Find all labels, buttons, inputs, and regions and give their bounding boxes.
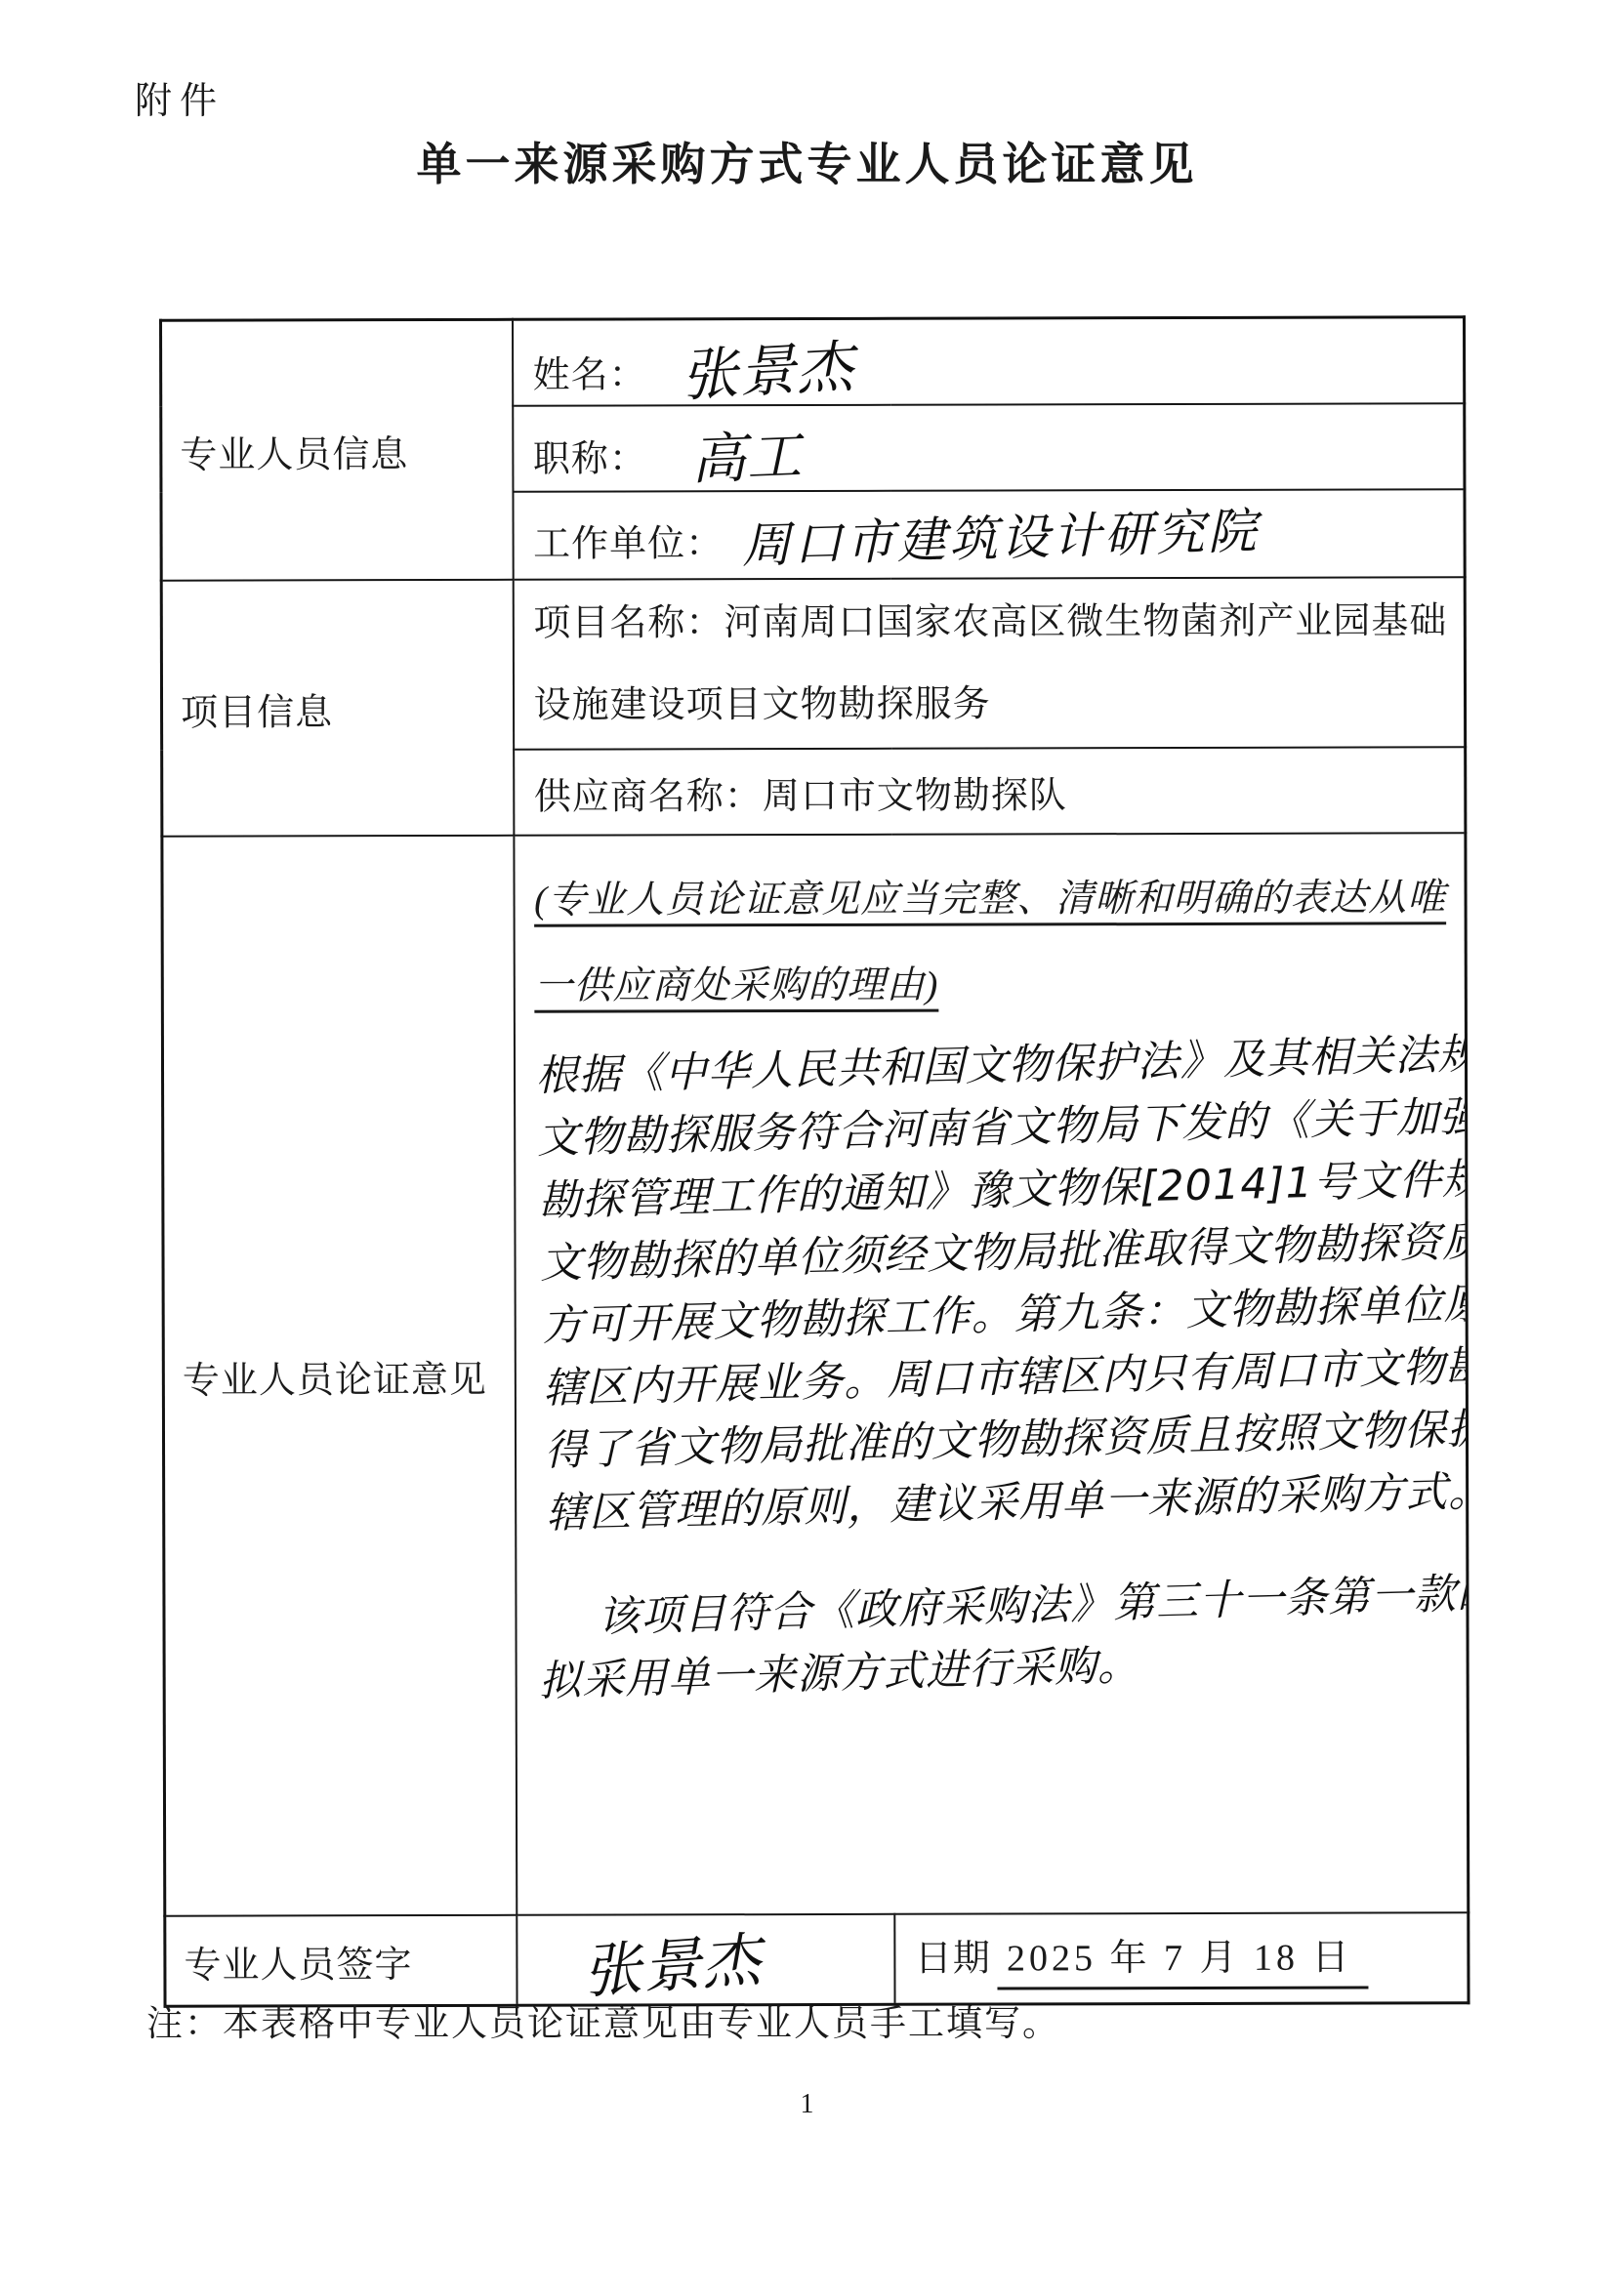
attachment-label: 附件	[135, 70, 225, 124]
opinion-content-cell: (专业人员论证意见应当完整、清晰和明确的表达从唯 一供应商处采购的理由) 根据《…	[514, 833, 1469, 1915]
name-field-label: 姓名：	[533, 354, 647, 395]
opinion-instruction-line1: (专业人员论证意见应当完整、清晰和明确的表达从唯	[534, 855, 1445, 943]
opinion-instruction-line2: 一供应商处采购的理由)	[534, 941, 1445, 1029]
project-name-row: 项目信息 项目名称：河南周口国家农高区微生物菌剂产业园基础 设施建设项目文物勘探…	[161, 577, 1465, 750]
name-row: 专业人员信息 姓名：张景杰	[161, 317, 1465, 407]
date-cell: 日期2025 年 7 月 18 日	[894, 1912, 1469, 2004]
opinion-row: 专业人员论证意见 (专业人员论证意见应当完整、清晰和明确的表达从唯 一供应商处采…	[162, 833, 1469, 1915]
opinion-handwritten-paragraph1: 根据《中华人民共和国文物保护法》及其相关法规：该项目 文物勘探服务符合河南省文物…	[534, 1024, 1456, 1545]
job-title-handwritten-value: 高工	[689, 413, 804, 495]
job-title-field-cell: 职称：高工	[513, 403, 1465, 492]
project-name-line2: 设施建设项目文物勘探服务	[533, 662, 1444, 746]
signature-row: 专业人员签字 张景杰 日期2025 年 7 月 18 日	[165, 1912, 1469, 2006]
work-unit-field-label: 工作单位：	[533, 523, 724, 565]
opinion-form-table: 专业人员信息 姓名：张景杰 职称：高工 工作单位：周口市建筑设计研究院 项目信息…	[159, 315, 1470, 2007]
project-section-label: 项目信息	[181, 692, 333, 733]
date-label: 日期	[915, 1939, 991, 1980]
signature-cell: 张景杰	[517, 1914, 894, 2006]
footnote: 注：本表格中专业人员论证意见由专业人员手工填写。	[146, 1993, 1060, 2046]
work-unit-handwritten-value: 周口市建筑设计研究院	[740, 492, 1260, 577]
scanned-document-page: 附件 单一来源采购方式专业人员论证意见 专业人员信息 姓名：张景杰 职称：高工 …	[0, 0, 1614, 2296]
supplier-line: 供应商名称：周口市文物勘探队	[534, 775, 1067, 817]
personnel-section-label-cell: 专业人员信息	[161, 319, 514, 580]
work-unit-field-cell: 工作单位：周口市建筑设计研究院	[513, 489, 1465, 580]
opinion-handwritten-paragraph2: 该项目符合《政府采购法》第三十一条第一款的条件， 拟采用单一来源方式进行采购。	[536, 1564, 1450, 1713]
opinion-section-label: 专业人员论证意见	[183, 1359, 487, 1401]
name-field-cell: 姓名：张景杰	[513, 317, 1465, 406]
project-name-line1: 项目名称：河南周口国家农高区微生物菌剂产业园基础	[533, 580, 1444, 664]
document-title: 单一来源采购方式专业人员论证意见	[0, 129, 1614, 193]
project-section-label-cell: 项目信息	[161, 580, 514, 837]
signature-section-label: 专业人员签字	[184, 1945, 412, 1987]
page-number: 1	[0, 2089, 1614, 2120]
date-value: 2025 年 7 月 18 日	[997, 1927, 1369, 1990]
job-title-field-label: 职称：	[533, 438, 647, 479]
name-handwritten-value: 张景杰	[679, 320, 855, 412]
opinion-section-label-cell: 专业人员论证意见	[162, 836, 517, 1916]
project-name-cell: 项目名称：河南周口国家农高区微生物菌剂产业园基础 设施建设项目文物勘探服务	[513, 577, 1465, 750]
supplier-cell: 供应商名称：周口市文物勘探队	[514, 747, 1466, 836]
personnel-section-label: 专业人员信息	[180, 434, 408, 476]
